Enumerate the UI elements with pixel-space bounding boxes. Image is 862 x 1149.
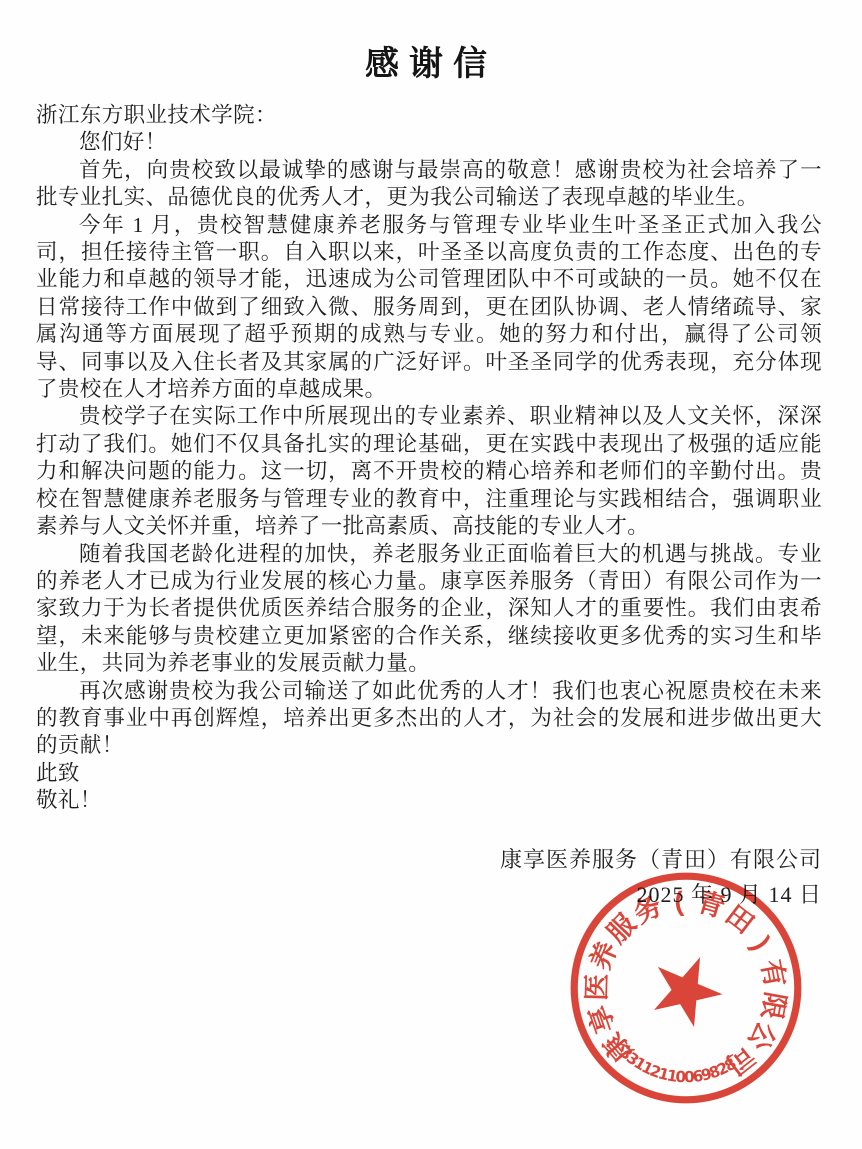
letter-title: 感谢信 <box>0 36 862 85</box>
letter-page: 感谢信 浙江东方职业技术学院： 您们好！ 首先，向贵校致以最诚挚的感谢与最崇高的… <box>0 0 862 1149</box>
company-seal: 康享医养服务(青田)有限公司 33112110069828 <box>566 868 806 1108</box>
paragraph-2: 今年 1 月，贵校智慧健康养老服务与管理专业毕业生叶圣圣正式加入我公司，担任接待… <box>36 212 822 404</box>
svg-text:享: 享 <box>582 1001 620 1037</box>
greeting: 您们好！ <box>36 129 822 156</box>
paragraph-1: 首先，向贵校致以最诚挚的感谢与最崇高的敬意！感谢贵校为社会培养了一批专业扎实、品… <box>36 157 822 212</box>
closing-cizhi: 此致 <box>36 760 822 787</box>
closing-jingli: 敬礼！ <box>36 787 822 814</box>
red-star-icon <box>642 943 733 1032</box>
svg-text:有: 有 <box>756 957 792 989</box>
paragraph-5: 再次感谢贵校为我公司输送了如此优秀的人才！我们也衷心祝愿贵校在未来的教育事业中再… <box>36 678 822 760</box>
paragraph-4: 随着我国老龄化进程的加快，养老服务业正面临着巨大的机遇与挑战。专业的养老人才已成… <box>36 541 822 678</box>
svg-text:(: ( <box>673 885 685 917</box>
svg-text:): ) <box>746 931 777 955</box>
paragraph-3: 贵校学子在实际工作中所展现出的专业素养、职业精神以及人文关怀，深深打动了我们。她… <box>36 403 822 540</box>
letter-body: 浙江东方职业技术学院： 您们好！ 首先，向贵校致以最诚挚的感谢与最崇高的敬意！感… <box>36 102 822 912</box>
svg-text:医: 医 <box>581 973 613 1001</box>
svg-text:田: 田 <box>720 899 760 940</box>
svg-text:限: 限 <box>756 990 791 1022</box>
salutation: 浙江东方职业技术学院： <box>36 102 822 129</box>
